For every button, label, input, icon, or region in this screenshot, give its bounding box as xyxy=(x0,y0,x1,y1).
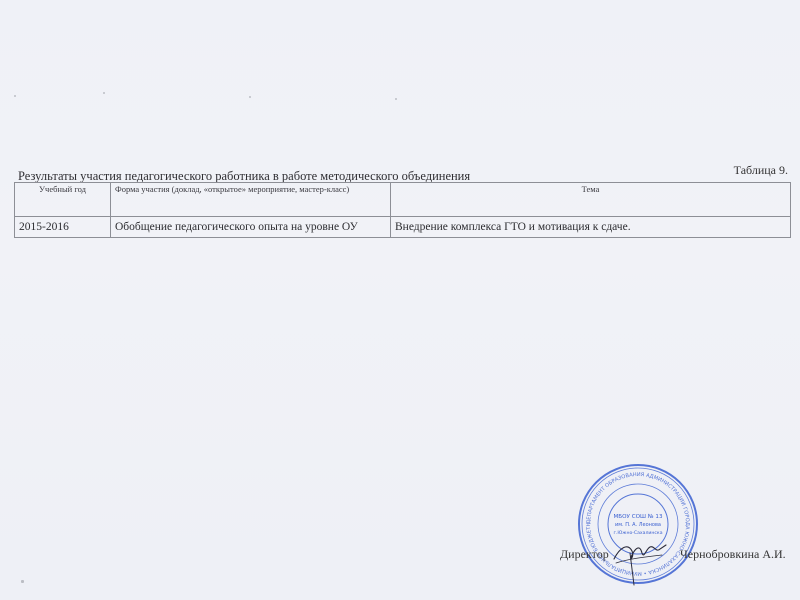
cell-topic: Внедрение комплекса ГТО и мотивация к сд… xyxy=(391,217,791,238)
header-academic-year: Учебный год xyxy=(15,183,111,217)
table-header-row: Учебный год Форма участия (доклад, «откр… xyxy=(15,183,791,217)
handwritten-signature-icon xyxy=(610,537,670,587)
stamp-line-2: им. П. А. Леонова xyxy=(615,522,661,528)
scanned-page: Таблица 9. Результаты участия педагогиче… xyxy=(0,0,800,600)
header-topic: Тема xyxy=(391,183,791,217)
header-participation-form: Форма участия (доклад, «открытое» меропр… xyxy=(111,183,391,217)
scan-speck xyxy=(14,95,16,97)
scan-speck xyxy=(395,98,397,100)
scan-speck xyxy=(103,92,105,94)
signature-name: Чернобровкина А.И. xyxy=(680,547,786,562)
scan-speck xyxy=(21,580,24,583)
scan-speck xyxy=(249,96,251,98)
results-table: Учебный год Форма участия (доклад, «откр… xyxy=(14,182,791,238)
cell-participation-form: Обобщение педагогического опыта на уровн… xyxy=(111,217,391,238)
cell-academic-year: 2015-2016 xyxy=(15,217,111,238)
stamp-line-1: МБОУ СОШ № 13 xyxy=(613,514,662,520)
table-number: Таблица 9. xyxy=(734,163,788,178)
stamp-line-3: г.Южно-Сахалинска xyxy=(613,530,662,536)
signature-block: ДиректорЧернобровкина А.И. xyxy=(560,547,786,562)
table-row: 2015-2016 Обобщение педагогического опыт… xyxy=(15,217,791,238)
